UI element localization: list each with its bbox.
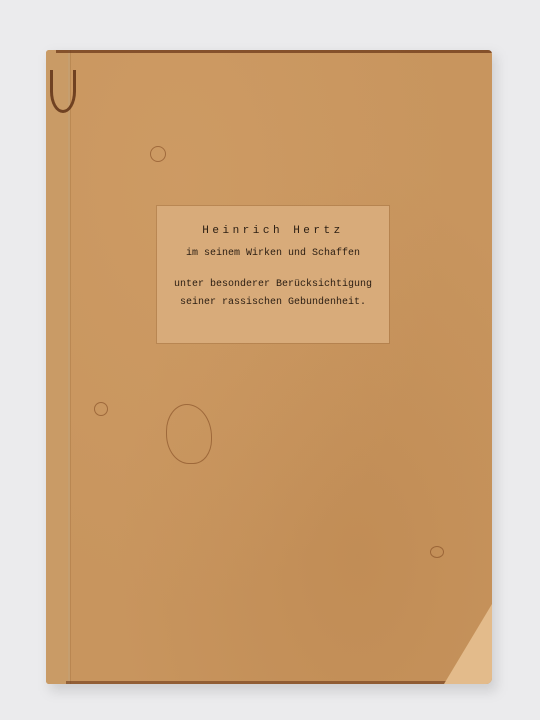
label-line-4: seiner rassischen Gebundenheit. xyxy=(157,297,389,309)
cover-spine xyxy=(46,50,70,684)
spine-shadow xyxy=(68,50,71,684)
stain-ring xyxy=(94,402,108,416)
label-title: Heinrich Hertz xyxy=(157,225,389,237)
water-stain xyxy=(166,404,212,464)
label-line-3: unter besonderer Berücksichtigung xyxy=(157,279,389,291)
label-subtitle: im seinem Wirken und Schaffen xyxy=(157,248,389,260)
document-cover: Heinrich Hertz im seinem Wirken und Scha… xyxy=(46,50,492,684)
top-edge-stain xyxy=(56,50,492,71)
typewritten-label: Heinrich Hertz im seinem Wirken und Scha… xyxy=(157,206,389,343)
stain-ring xyxy=(430,546,444,558)
stain-ring xyxy=(150,146,166,162)
worn-corner xyxy=(444,604,492,684)
bottom-edge-stain xyxy=(66,671,446,684)
left-corner-stain xyxy=(50,70,76,113)
